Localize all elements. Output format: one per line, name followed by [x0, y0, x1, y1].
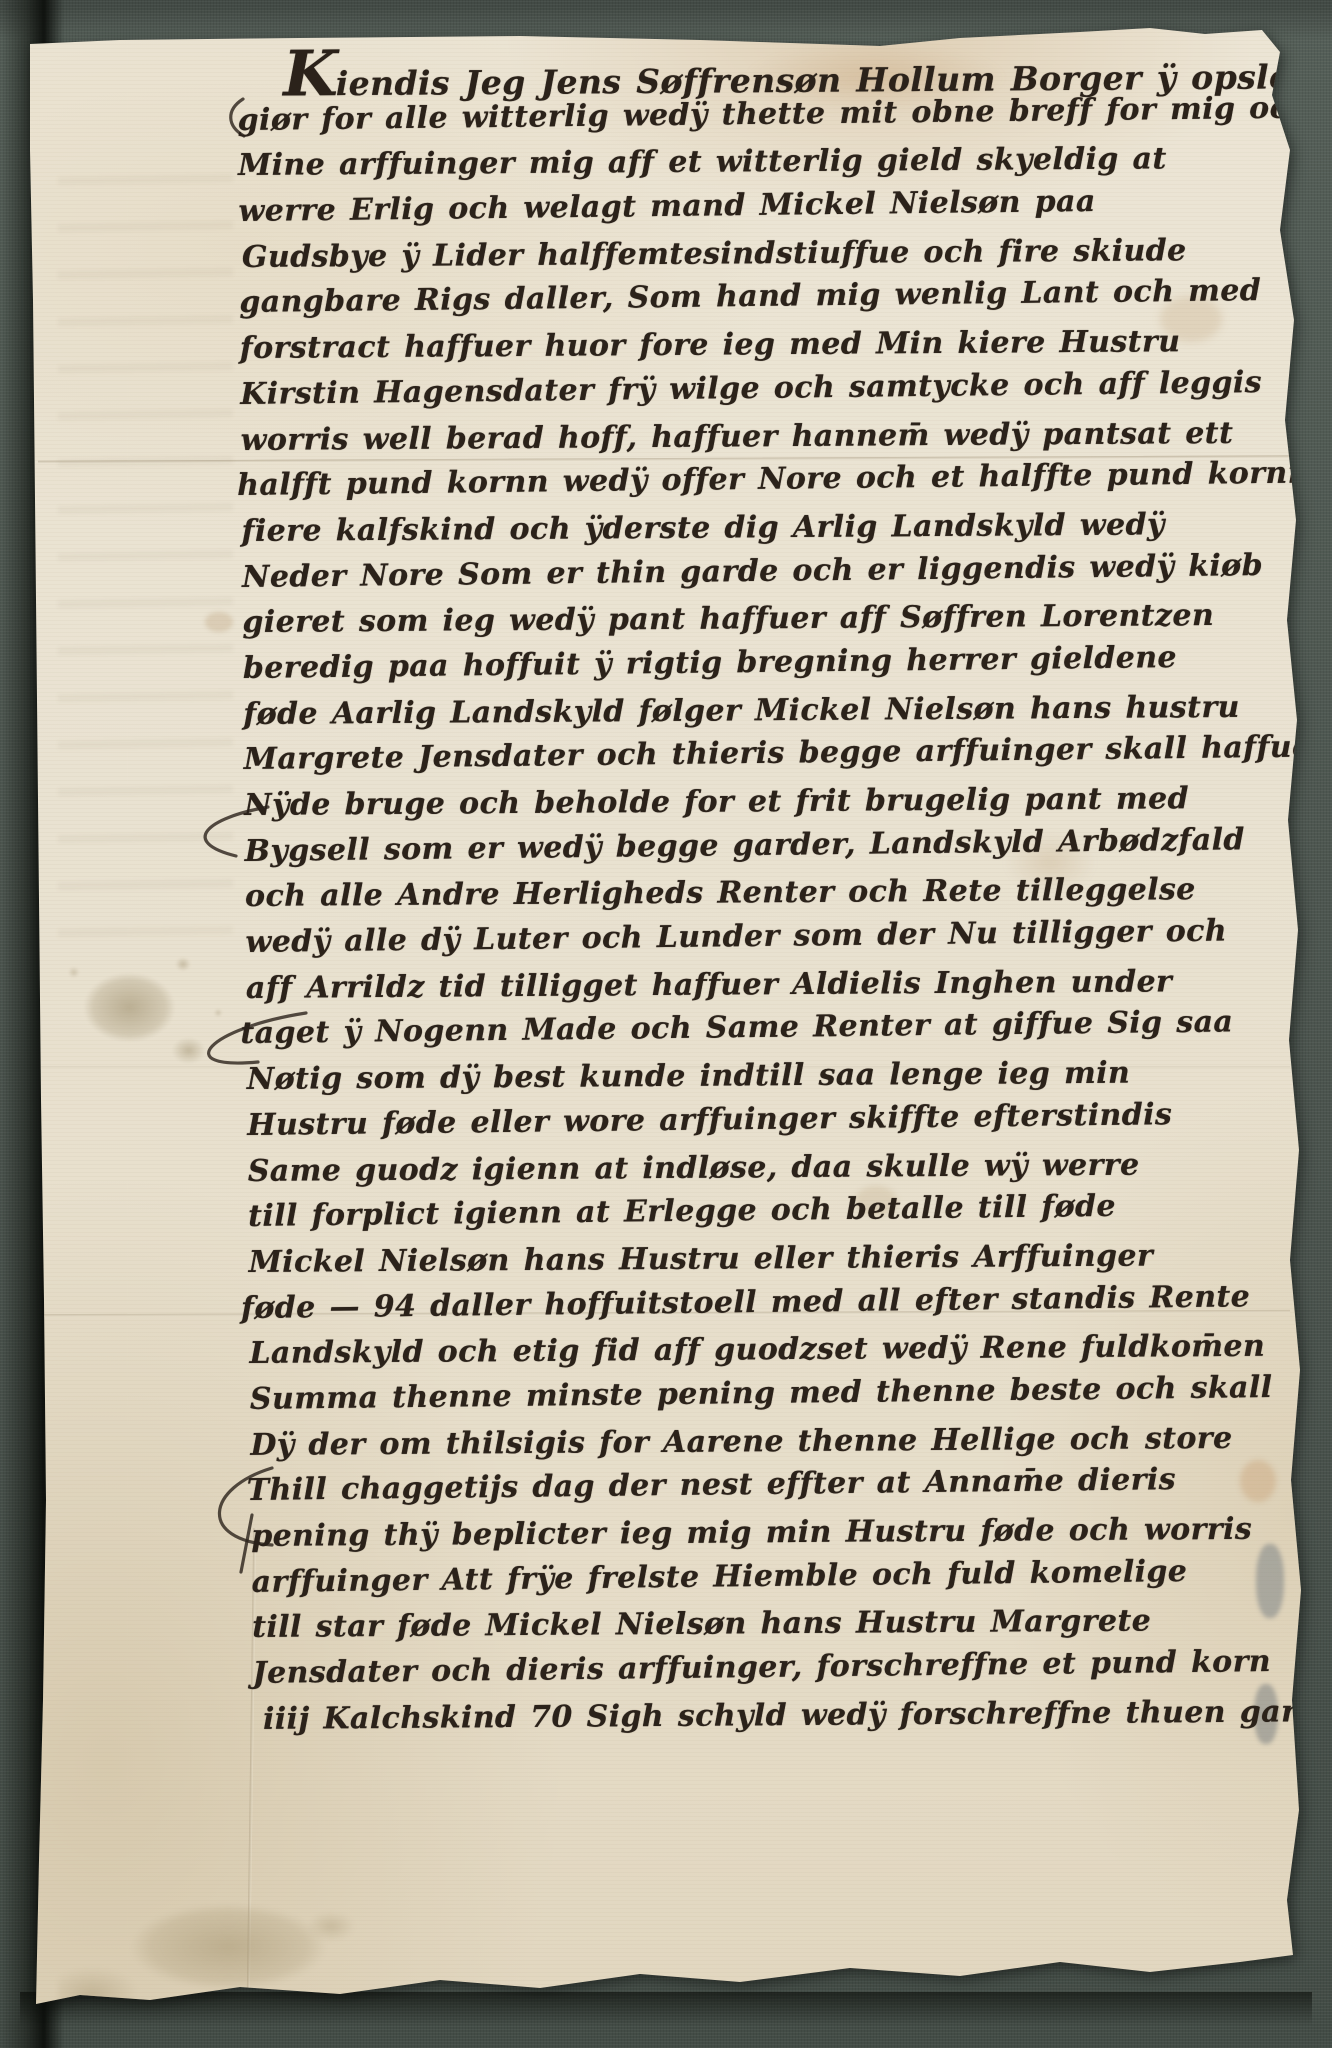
- manuscript-line: iiij Kalchskind 70 Sigh schyld wedÿ fors…: [263, 1689, 1293, 1742]
- manuscript-page: Kiendis Jeg Jens Søffrensøn Hollum Borge…: [0, 0, 1332, 2048]
- ink-bleedthrough: [58, 150, 233, 940]
- paper-sheet-wrap: Kiendis Jeg Jens Søffrensøn Hollum Borge…: [0, 0, 1332, 2048]
- ink-splatter-stain: [48, 948, 233, 1083]
- manuscript-text: Kiendis Jeg Jens Søffrensøn Hollum Borge…: [237, 42, 1293, 1742]
- archival-manuscript-scan: Kiendis Jeg Jens Søffrensøn Hollum Borge…: [0, 0, 1332, 2048]
- water-stain-bottom-left: [58, 1886, 368, 2021]
